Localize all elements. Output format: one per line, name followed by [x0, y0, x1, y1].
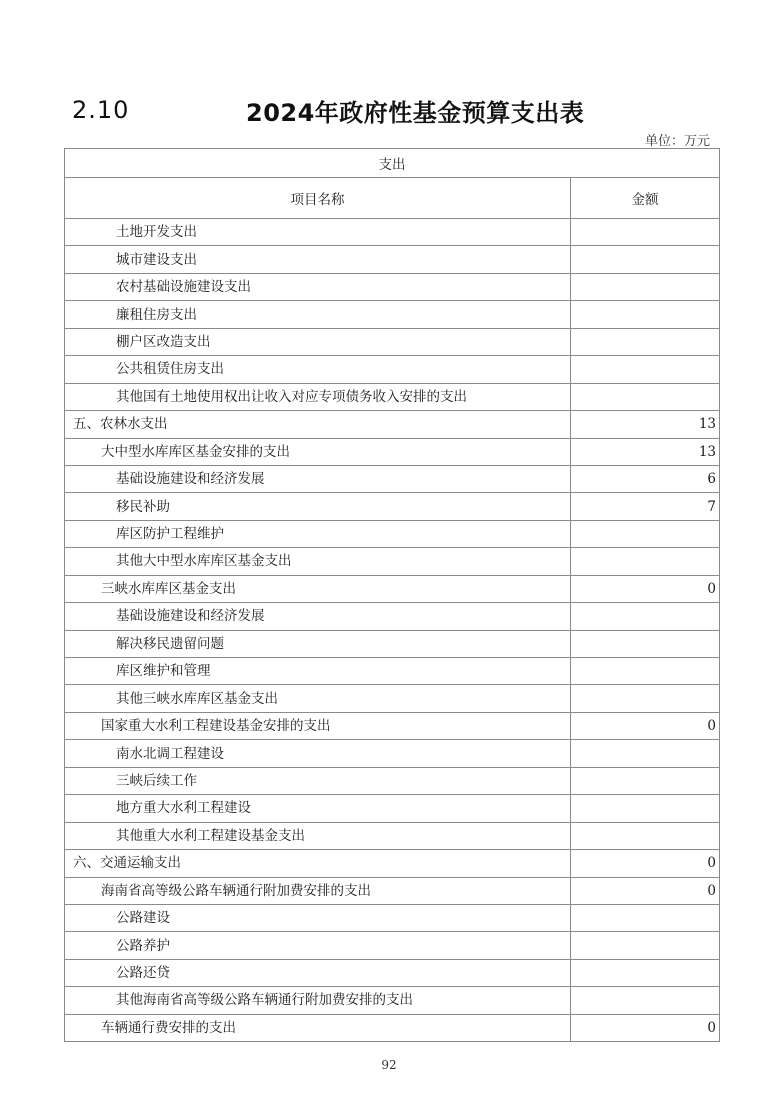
table-row: 农村基础设施建设支出	[65, 273, 720, 300]
amount-cell	[571, 795, 720, 822]
amount-cell: 6	[571, 465, 720, 492]
amount-cell	[571, 520, 720, 547]
item-name-cell: 基础设施建设和经济发展	[65, 603, 571, 630]
table-row: 五、农林水支出13	[65, 411, 720, 438]
budget-table: 支出 项目名称 金额 土地开发支出城市建设支出农村基础设施建设支出廉租住房支出棚…	[64, 148, 720, 1042]
item-name-cell: 其他大中型水库库区基金支出	[65, 548, 571, 575]
table-row: 三峡水库库区基金支出0	[65, 575, 720, 602]
table-row: 土地开发支出	[65, 219, 720, 246]
table-body: 土地开发支出城市建设支出农村基础设施建设支出廉租住房支出棚户区改造支出公共租赁住…	[65, 219, 720, 1042]
table-row: 公路还贷	[65, 959, 720, 986]
amount-cell: 0	[571, 575, 720, 602]
item-name-cell: 棚户区改造支出	[65, 328, 571, 355]
item-name-cell: 其他海南省高等级公路车辆通行附加费安排的支出	[65, 987, 571, 1014]
item-name-cell: 库区维护和管理	[65, 658, 571, 685]
table-caption-row: 支出	[65, 149, 720, 178]
item-name-cell: 三峡后续工作	[65, 767, 571, 794]
amount-cell: 0	[571, 850, 720, 877]
table-row: 海南省高等级公路车辆通行附加费安排的支出0	[65, 877, 720, 904]
table-row: 国家重大水利工程建设基金安排的支出0	[65, 712, 720, 739]
table-row: 其他海南省高等级公路车辆通行附加费安排的支出	[65, 987, 720, 1014]
table-caption: 支出	[65, 149, 720, 178]
item-name-cell: 解决移民遗留问题	[65, 630, 571, 657]
table-row: 其他国有土地使用权出让收入对应专项债务收入安排的支出	[65, 383, 720, 410]
amount-cell	[571, 987, 720, 1014]
item-name-cell: 农村基础设施建设支出	[65, 273, 571, 300]
item-name-cell: 公路建设	[65, 904, 571, 931]
table-row: 六、交通运输支出0	[65, 850, 720, 877]
amount-cell	[571, 767, 720, 794]
amount-cell	[571, 273, 720, 300]
amount-cell	[571, 658, 720, 685]
table-row: 其他大中型水库库区基金支出	[65, 548, 720, 575]
amount-cell	[571, 822, 720, 849]
amount-cell	[571, 246, 720, 273]
table-row: 其他重大水利工程建设基金支出	[65, 822, 720, 849]
amount-cell: 0	[571, 877, 720, 904]
item-name-cell: 城市建设支出	[65, 246, 571, 273]
item-name-cell: 库区防护工程维护	[65, 520, 571, 547]
item-name-cell: 公路还贷	[65, 959, 571, 986]
amount-cell	[571, 383, 720, 410]
item-name-cell: 六、交通运输支出	[65, 850, 571, 877]
table-row: 大中型水库库区基金安排的支出13	[65, 438, 720, 465]
amount-cell	[571, 932, 720, 959]
item-name-cell: 其他国有土地使用权出让收入对应专项债务收入安排的支出	[65, 383, 571, 410]
table-row: 公路建设	[65, 904, 720, 931]
table-row: 基础设施建设和经济发展6	[65, 465, 720, 492]
amount-cell: 13	[571, 411, 720, 438]
amount-cell	[571, 356, 720, 383]
amount-cell	[571, 630, 720, 657]
table-row: 车辆通行费安排的支出0	[65, 1014, 720, 1041]
table-row: 基础设施建设和经济发展	[65, 603, 720, 630]
item-name-cell: 其他重大水利工程建设基金支出	[65, 822, 571, 849]
unit-label: 单位：万元	[645, 130, 710, 149]
item-name-cell: 大中型水库库区基金安排的支出	[65, 438, 571, 465]
item-name-cell: 三峡水库库区基金支出	[65, 575, 571, 602]
table-row: 库区维护和管理	[65, 658, 720, 685]
table-row: 地方重大水利工程建设	[65, 795, 720, 822]
item-name-cell: 廉租住房支出	[65, 301, 571, 328]
item-name-cell: 移民补助	[65, 493, 571, 520]
table-row: 移民补助7	[65, 493, 720, 520]
item-name-cell: 地方重大水利工程建设	[65, 795, 571, 822]
table-row: 城市建设支出	[65, 246, 720, 273]
item-name-cell: 公共租赁住房支出	[65, 356, 571, 383]
table-row: 公路养护	[65, 932, 720, 959]
page-title: 2024年政府性基金预算支出表	[246, 93, 584, 128]
column-header-name: 项目名称	[65, 178, 571, 219]
table-row: 廉租住房支出	[65, 301, 720, 328]
column-header-amount: 金额	[571, 178, 720, 219]
item-name-cell: 公路养护	[65, 932, 571, 959]
item-name-cell: 基础设施建设和经济发展	[65, 465, 571, 492]
amount-cell	[571, 328, 720, 355]
item-name-cell: 土地开发支出	[65, 219, 571, 246]
amount-cell: 0	[571, 1014, 720, 1041]
page-number: 92	[0, 1058, 778, 1072]
section-number: 2.10	[72, 96, 129, 124]
amount-cell	[571, 219, 720, 246]
table-row: 库区防护工程维护	[65, 520, 720, 547]
table-header-row: 项目名称 金额	[65, 178, 720, 219]
table-row: 解决移民遗留问题	[65, 630, 720, 657]
amount-cell	[571, 301, 720, 328]
amount-cell	[571, 685, 720, 712]
item-name-cell: 国家重大水利工程建设基金安排的支出	[65, 712, 571, 739]
amount-cell: 0	[571, 712, 720, 739]
amount-cell	[571, 740, 720, 767]
table-row: 三峡后续工作	[65, 767, 720, 794]
amount-cell	[571, 904, 720, 931]
amount-cell: 13	[571, 438, 720, 465]
item-name-cell: 海南省高等级公路车辆通行附加费安排的支出	[65, 877, 571, 904]
item-name-cell: 其他三峡水库库区基金支出	[65, 685, 571, 712]
item-name-cell: 南水北调工程建设	[65, 740, 571, 767]
item-name-cell: 车辆通行费安排的支出	[65, 1014, 571, 1041]
table-row: 公共租赁住房支出	[65, 356, 720, 383]
item-name-cell: 五、农林水支出	[65, 411, 571, 438]
amount-cell	[571, 548, 720, 575]
table-row: 其他三峡水库库区基金支出	[65, 685, 720, 712]
amount-cell	[571, 959, 720, 986]
amount-cell: 7	[571, 493, 720, 520]
table-row: 南水北调工程建设	[65, 740, 720, 767]
amount-cell	[571, 603, 720, 630]
table-row: 棚户区改造支出	[65, 328, 720, 355]
